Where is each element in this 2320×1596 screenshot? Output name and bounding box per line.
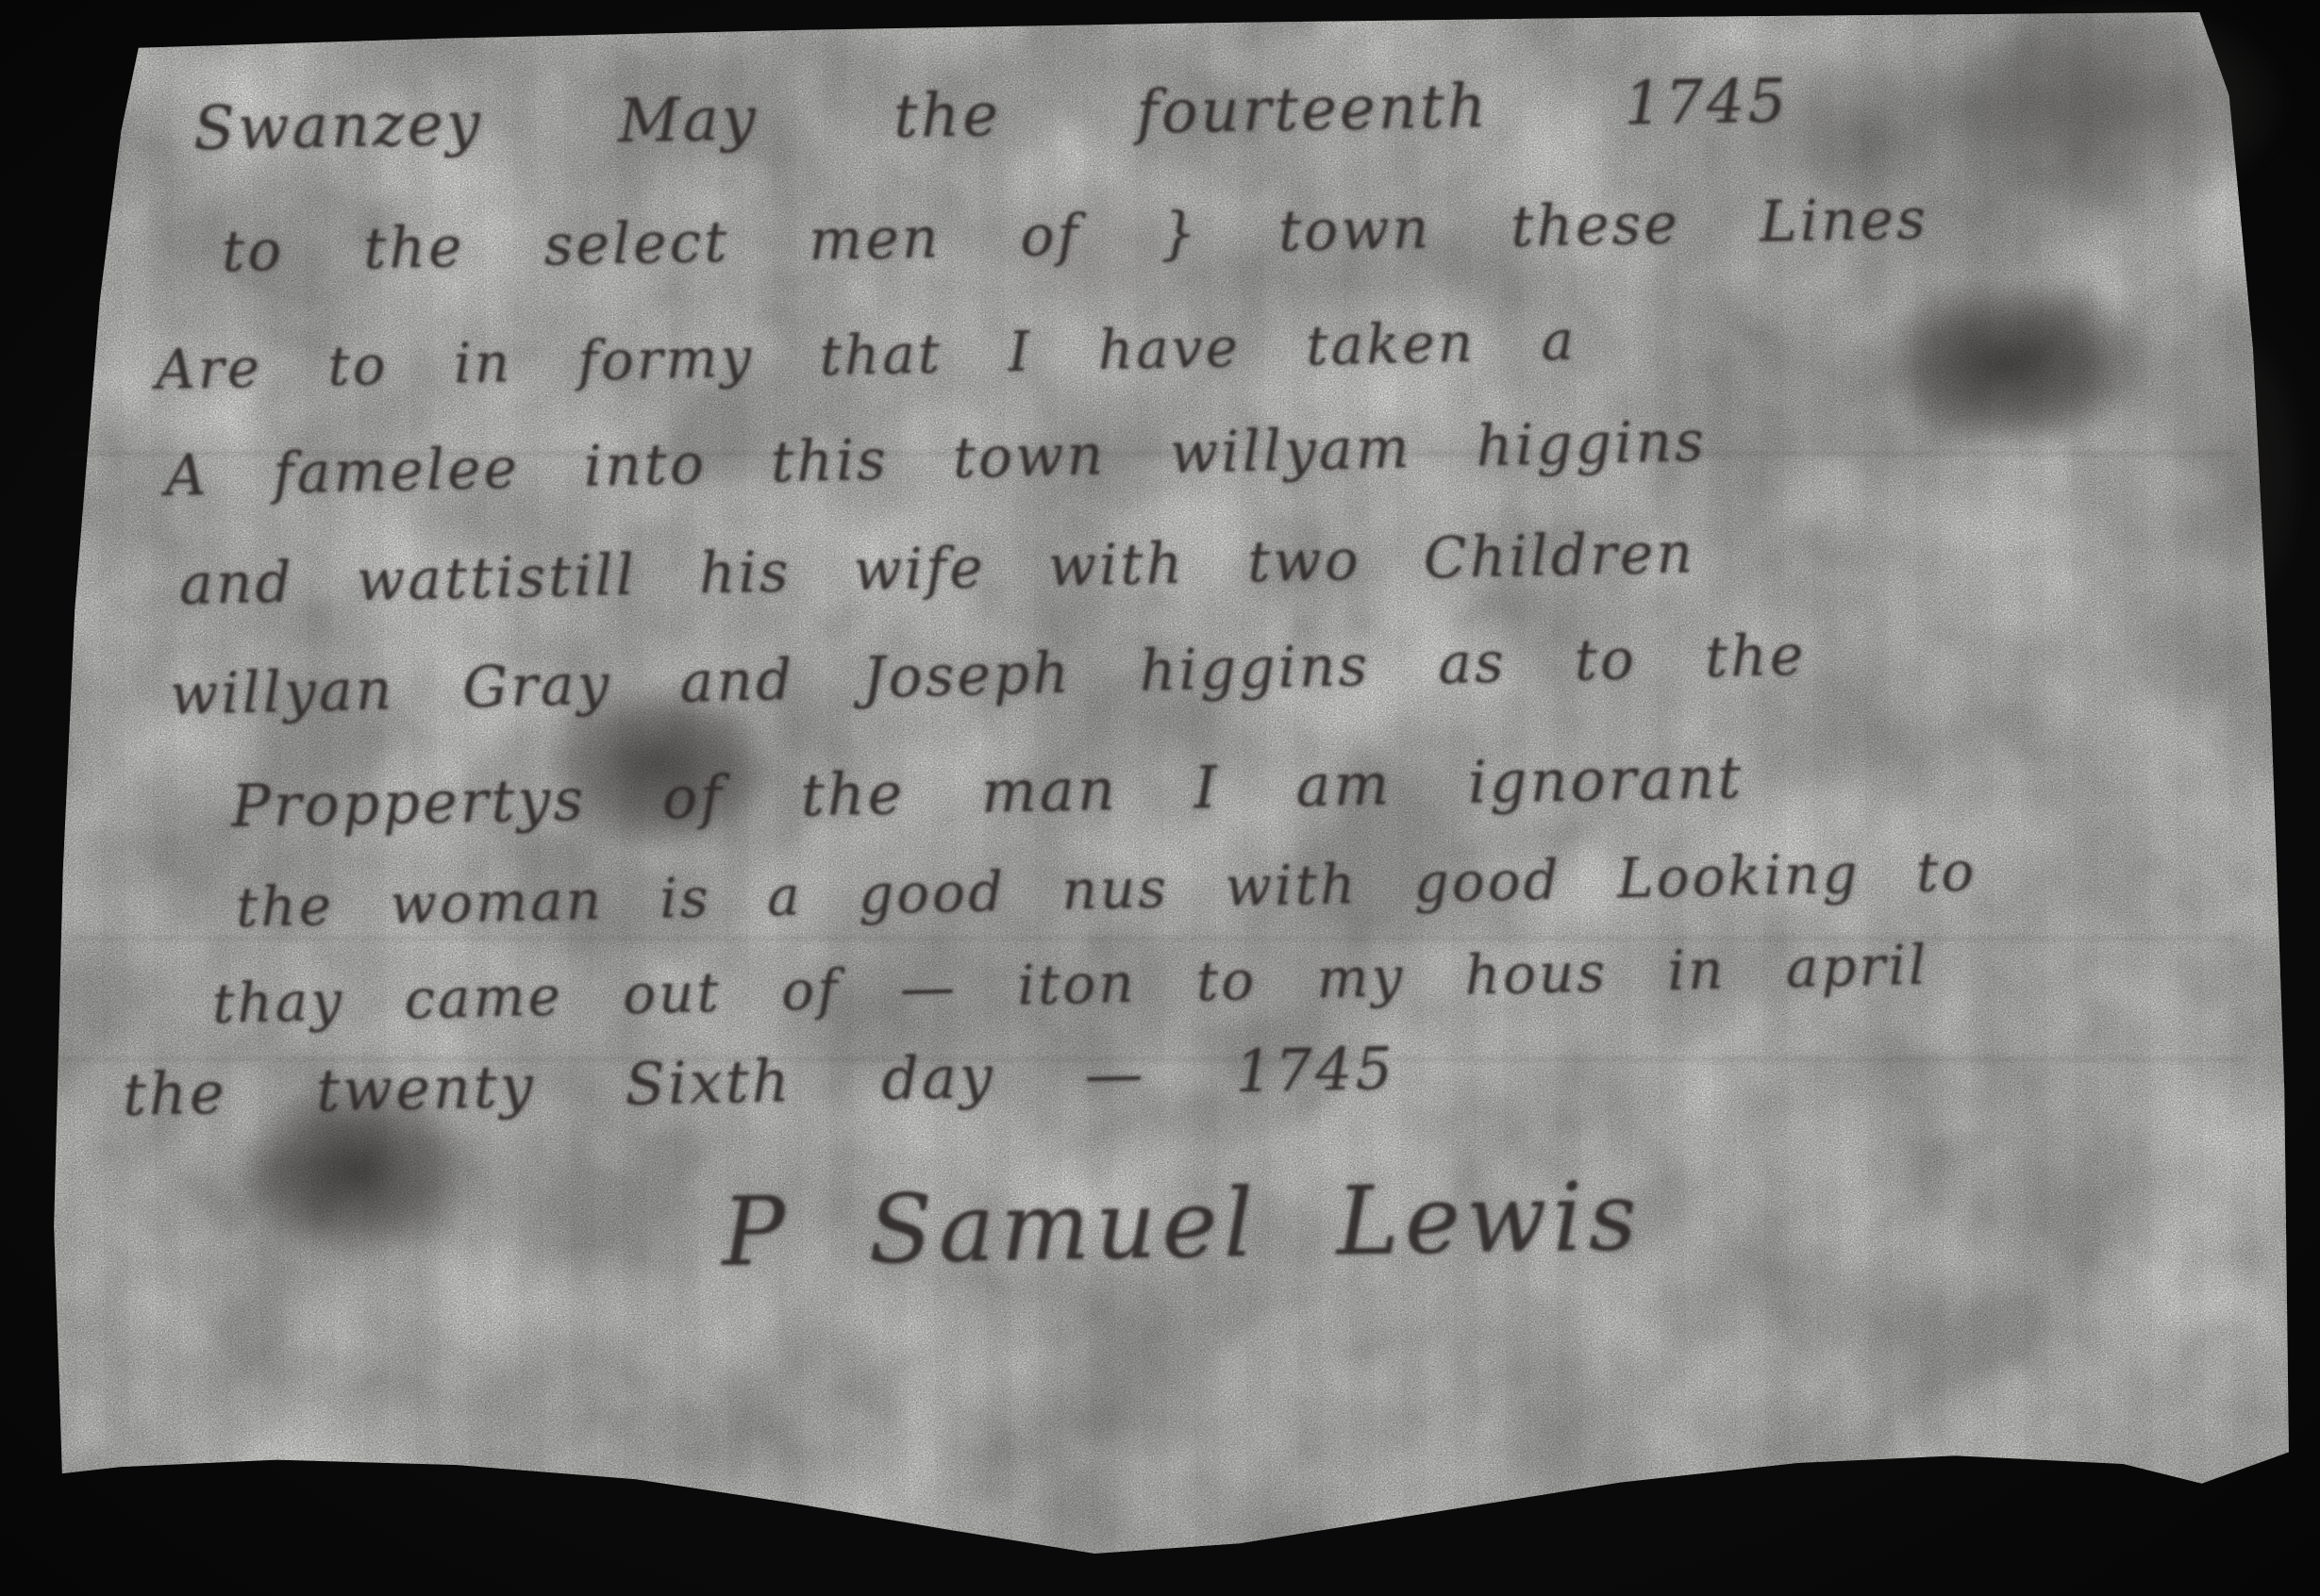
scanned-document-page: Swanzey May the fourteenth 1745 to the s… bbox=[0, 0, 2320, 1596]
signature-samuel-lewis: P Samuel Lewis bbox=[721, 1161, 1644, 1288]
